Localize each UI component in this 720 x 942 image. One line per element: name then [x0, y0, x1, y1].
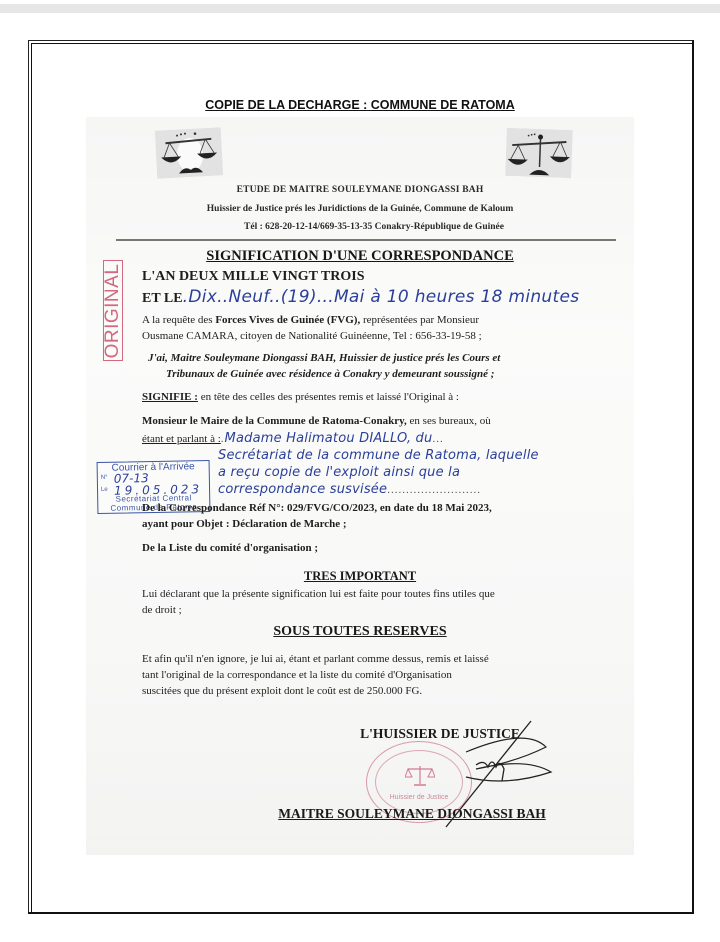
requester-prefix: A la requête des [142, 314, 215, 326]
scanned-document: ETUDE DE MAITRE SOULEYMANE DIONGASSI BAH… [86, 117, 634, 855]
requester-line-1: A la requête des Forces Vives de Guinée … [142, 314, 479, 326]
requester-org: Forces Vives de Guinée (FVG), [215, 314, 360, 326]
reserves-heading: SOUS TOUTES RESERVES [86, 624, 634, 640]
signifie-label: SIGNIFIE : [142, 391, 198, 403]
handwritten-line-1: Madame Halimatou DIALLO, du [225, 431, 433, 446]
document-title: SIGNIFICATION D'UNE CORRESPONDANCE [86, 248, 634, 265]
closing-line-1: Et afin qu'il n'en ignore, je lui ai, ét… [142, 653, 489, 665]
scales-of-justice-icon [505, 128, 573, 178]
year-line: L'AN DEUX MILLE VINGT TROIS [142, 269, 365, 285]
speaking-to-line: étant et parlant à :.Madame Halimatou DI… [142, 431, 444, 446]
recipient-line: Monsieur le Maire de la Commune de Ratom… [142, 415, 491, 427]
requester-rest: représentées par Monsieur [360, 314, 479, 326]
dotted-leader: ......................... [387, 484, 481, 496]
original-stamp: ORIGINAL [103, 260, 123, 361]
scales-of-justice-icon [155, 127, 223, 178]
signifie-text: en tête des celles des présentes remis e… [198, 391, 459, 403]
date-line: ET LE.Dix..Neuf..(19)...Mai à 10 heures … [142, 287, 579, 307]
recipient-rest: en ses bureaux, où [407, 415, 491, 427]
handwritten-text: correspondance susvisée [218, 482, 387, 497]
reference-line-1: De la Correspondance Réf N°: 029/FVG/CO/… [142, 502, 492, 514]
important-line-1: Lui déclarant que la présente significat… [142, 588, 495, 600]
viewer-toolbar-strip [0, 4, 720, 13]
arrival-date-label: Le [101, 487, 108, 493]
signifie-line: SIGNIFIE : en tête des celles des présen… [142, 391, 459, 403]
date-prefix: ET LE [142, 291, 183, 306]
letterhead-divider [116, 239, 616, 241]
important-heading: TRES IMPORTANT [86, 569, 634, 584]
declaration-line-2: Tribunaux de Guinée avec résidence à Con… [166, 368, 494, 380]
original-stamp-text: ORIGINAL [102, 263, 124, 358]
firm-name: ETUDE DE MAITRE SOULEYMANE DIONGASSI BAH [86, 185, 634, 195]
handwritten-signature [406, 717, 556, 857]
closing-line-3: suscitées que du présent exploit dont le… [142, 685, 422, 697]
handwritten-text: Secrétariat de la commune de Ratoma, laq… [218, 448, 539, 463]
declaration-line-1: J'ai, Maitre Souleymane Diongassi BAH, H… [148, 352, 500, 364]
handwritten-date: .Dix..Neuf..(19)...Mai à 10 heures 18 mi… [183, 287, 580, 307]
handwritten-line-2: Secrétariat de la commune de Ratoma, laq… [218, 448, 539, 463]
list-line: De la Liste du comité d'organisation ; [142, 542, 318, 554]
important-line-2: de droit ; [142, 604, 182, 616]
handwritten-line-3: a reçu copie de l'exploit ainsi que la [218, 465, 460, 480]
arrival-number-label: N° [101, 475, 108, 481]
firm-subtitle: Huissier de Justice prés les Juridiction… [86, 204, 634, 214]
copy-title: COPIE DE LA DECHARGE : COMMUNE DE RATOMA [0, 98, 720, 112]
requester-line-2: Ousmane CAMARA, citoyen de Nationalité G… [142, 330, 482, 342]
recipient-bold: Monsieur le Maire de la Commune de Ratom… [142, 415, 407, 427]
reference-line-2: ayant pour Objet : Déclaration de Marche… [142, 518, 347, 530]
speaking-prefix: étant et parlant à : [142, 433, 221, 445]
firm-contact: Tél : 628-20-12-14/669-35-13-35 Conakry-… [100, 222, 648, 232]
handwritten-text: a reçu copie de l'exploit ainsi que la [218, 465, 460, 480]
closing-line-2: tant l'original de la correspondance et … [142, 669, 452, 681]
handwritten-line-4: correspondance susvisée.................… [218, 482, 481, 497]
dotted-leader: ... [432, 433, 443, 445]
